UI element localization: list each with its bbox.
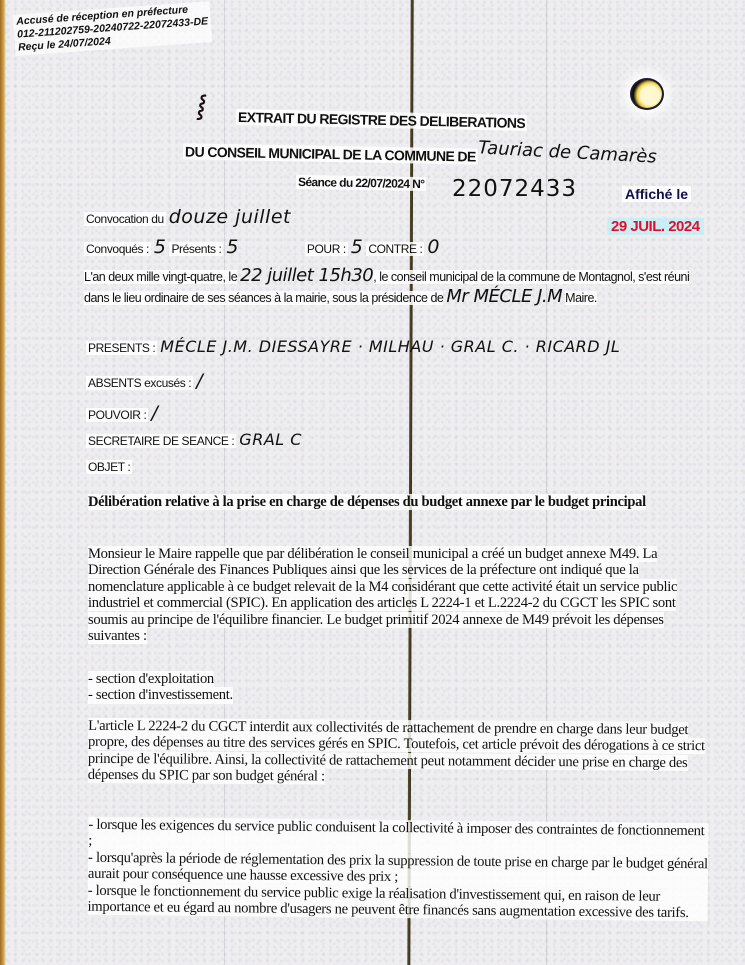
deliberation-number: 22072433: [452, 176, 577, 202]
secretaire-value: GRAL C: [239, 430, 302, 449]
convoques-value: 5: [154, 236, 167, 258]
commune-name-handwritten: Tauriac de Camarès: [478, 137, 658, 167]
pour-label: POUR :: [305, 242, 348, 256]
absents-row: ABSENTS excusés : /: [86, 370, 203, 392]
subject-text: Délibération relative à la prise en char…: [88, 494, 646, 510]
pouvoir-row: POUVOIR : /: [86, 402, 158, 424]
presents-label: PRESENTS :: [86, 341, 157, 355]
secretaire-label: SECRETAIRE DE SEANCE :: [86, 434, 236, 448]
list-item: - section d'exploitation: [88, 671, 214, 687]
session-intro: L'an deux mille vingt-quatre, le 22 juil…: [84, 266, 704, 308]
pour-value: 5: [351, 236, 364, 258]
objet-row: OBJET :: [86, 460, 132, 474]
contre-label: CONTRE :: [366, 242, 424, 256]
affiche-label: Affiché le: [622, 186, 691, 202]
presents-names: MÉCLE J.M. DIESSAYRE · MILHAU · GRAL C. …: [160, 337, 620, 356]
session-date-handwritten: 22 juillet 15h30: [240, 265, 373, 286]
vote-counts-row: Convoqués : 5 Présents : 5 POUR : 5 CONT…: [84, 236, 440, 258]
convocation-label: Convocation du: [84, 212, 166, 226]
sections-list: - section d'exploitation - section d'inv…: [88, 671, 708, 704]
paragraph-text: L'article L 2224-2 du CGCT interdit aux …: [88, 718, 705, 785]
conditions-list: - lorsque les exigences du service publi…: [88, 817, 709, 922]
pouvoir-value: /: [151, 402, 158, 424]
intro-text: L'an deux mille vingt-quatre, le: [84, 270, 237, 284]
deliberation-subject: Délibération relative à la prise en char…: [88, 494, 708, 510]
pouvoir-label: POUVOIR :: [86, 408, 148, 422]
prefecture-receipt-stamp: Accusé de réception en préfecture 012-21…: [13, 1, 213, 56]
document-subtitle: DU CONSEIL MUNICIPAL DE LA COMMUNE DE: [183, 143, 478, 164]
paragraph-1: Monsieur le Maire rappelle que par délib…: [88, 546, 708, 644]
list-item: - section d'investissement.: [88, 687, 233, 703]
convocation-row: Convocation du douze juillet: [84, 206, 291, 228]
paragraph-2: L'article L 2224-2 du CGCT interdit aux …: [88, 718, 708, 788]
objet-label: OBJET :: [86, 460, 132, 474]
presents-count-value: 5: [226, 236, 239, 258]
convocation-value: douze juillet: [169, 206, 291, 228]
contre-value: 0: [427, 236, 440, 258]
scanned-page: Accusé de réception en préfecture 012-21…: [0, 0, 745, 965]
list-item: - lorsque le fonctionnement du service p…: [88, 882, 708, 921]
absents-label: ABSENTS excusés :: [86, 376, 193, 390]
seal-icon: [630, 78, 664, 110]
presents-row: PRESENTS : MÉCLE J.M. DIESSAYRE · MILHAU…: [86, 337, 620, 356]
page-marker-icon: ⸾: [195, 90, 208, 121]
paragraph-text: Monsieur le Maire rappelle que par délib…: [88, 546, 677, 644]
convoques-label: Convoqués :: [84, 242, 151, 256]
secretaire-row: SECRETAIRE DE SEANCE : GRAL C: [86, 430, 302, 449]
affiche-date-stamp: 29 JUIL. 2024: [607, 218, 704, 235]
presents-count-label: Présents :: [169, 242, 223, 256]
document-title: EXTRAIT DU REGISTRE DES DELIBERATIONS: [236, 109, 527, 131]
absents-value: /: [196, 370, 203, 392]
page-edge-shadow: [0, 0, 6, 965]
seance-label: Séance du 22/07/2024 N°: [296, 175, 427, 191]
president-role: Maire.: [565, 291, 597, 305]
president-name-handwritten: Mr MÉCLE J.M: [446, 286, 562, 307]
